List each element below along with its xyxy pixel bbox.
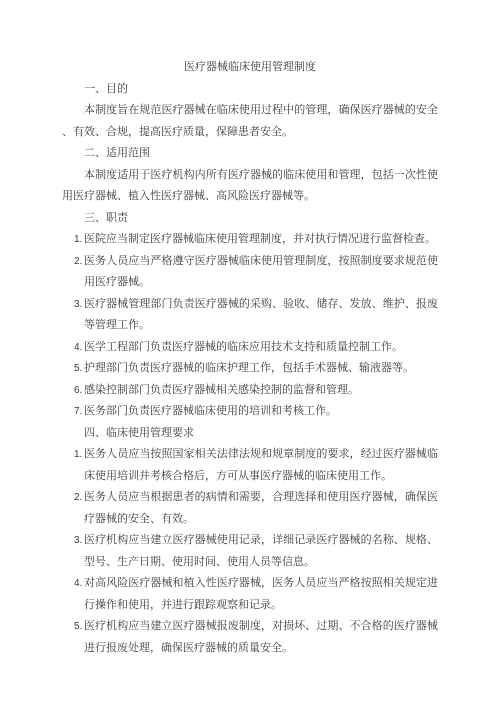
requirements-item-4: 4. 对高风险医疗器械和植入性医疗器械，医务人员应当严格按照相关规定进行操作和使…	[62, 573, 438, 616]
list-item-text: 医学工程部门负责医疗器械的临床应用技术支持和质量控制工作。	[84, 337, 438, 359]
list-item-number: 5.	[62, 358, 84, 380]
list-item-number: 5.	[62, 616, 84, 659]
scope-paragraph: 本制度适用于医疗机构内所有医疗器械的临床使用和管理，包括一次性使用医疗器械、植入…	[62, 165, 438, 208]
requirements-item-1: 1. 医务人员应当按照国家相关法律法规和规章制度的要求，经过医疗器械临床使用培训…	[62, 444, 438, 487]
list-item-number: 2.	[62, 251, 84, 294]
list-item-number: 3.	[62, 530, 84, 573]
list-item-text: 对高风险医疗器械和植入性医疗器械，医务人员应当严格按照相关规定进行操作和使用，并…	[84, 573, 438, 616]
list-item-number: 3.	[62, 294, 84, 337]
list-item-text: 护理部门负责医疗器械的临床护理工作，包括手术器械、输液器等。	[84, 358, 438, 380]
list-item-number: 1.	[62, 444, 84, 487]
list-item-number: 4.	[62, 337, 84, 359]
responsibilities-item-7: 7. 医务部门负责医疗器械临床使用的培训和考核工作。	[62, 401, 438, 423]
requirements-item-3: 3. 医疗机构应当建立医疗器械使用记录，详细记录医疗器械的名称、规格、型号、生产…	[62, 530, 438, 573]
list-item-text: 医疗机构应当建立医疗器械使用记录，详细记录医疗器械的名称、规格、型号、生产日期、…	[84, 530, 438, 573]
requirements-item-2: 2. 医务人员应当根据患者的病情和需要，合理选择和使用医疗器械，确保医疗器械的安…	[62, 487, 438, 530]
purpose-paragraph: 本制度旨在规范医疗器械在临床使用过程中的管理，确保医疗器械的安全、有效、合规，提…	[62, 100, 438, 143]
list-item-text: 医务部门负责医疗器械临床使用的培训和考核工作。	[84, 401, 438, 423]
list-item-text: 医务人员应当按照国家相关法律法规和规章制度的要求，经过医疗器械临床使用培训并考核…	[84, 444, 438, 487]
list-item-number: 7.	[62, 401, 84, 423]
section-heading-purpose: 一、目的	[62, 79, 438, 101]
responsibilities-item-1: 1. 医院应当制定医疗器械临床使用管理制度，并对执行情况进行监督检查。	[62, 229, 438, 251]
document-page: 医疗器械临床使用管理制度 一、目的 本制度旨在规范医疗器械在临床使用过程中的管理…	[0, 0, 500, 707]
list-item-number: 2.	[62, 487, 84, 530]
list-item-text: 医院应当制定医疗器械临床使用管理制度，并对执行情况进行监督检查。	[84, 229, 438, 251]
document-title: 医疗器械临床使用管理制度	[62, 57, 438, 79]
list-item-text: 医疗机构应当建立医疗器械报废制度，对损坏、过期、不合格的医疗器械进行报废处理，确…	[84, 616, 438, 659]
list-item-number: 4.	[62, 573, 84, 616]
section-heading-clinical-use-requirements: 四、临床使用管理要求	[62, 423, 438, 445]
responsibilities-item-5: 5. 护理部门负责医疗器械的临床护理工作，包括手术器械、输液器等。	[62, 358, 438, 380]
responsibilities-item-3: 3. 医疗器械管理部门负责医疗器械的采购、验收、储存、发放、维护、报废等管理工作…	[62, 294, 438, 337]
list-item-text: 医疗器械管理部门负责医疗器械的采购、验收、储存、发放、维护、报废等管理工作。	[84, 294, 438, 337]
list-item-text: 医务人员应当严格遵守医疗器械临床使用管理制度，按照制度要求规范使用医疗器械。	[84, 251, 438, 294]
section-heading-scope: 二、适用范围	[62, 143, 438, 165]
list-item-number: 1.	[62, 229, 84, 251]
list-item-number: 6.	[62, 380, 84, 402]
responsibilities-item-4: 4. 医学工程部门负责医疗器械的临床应用技术支持和质量控制工作。	[62, 337, 438, 359]
section-heading-responsibilities: 三、职责	[62, 208, 438, 230]
responsibilities-item-6: 6. 感染控制部门负责医疗器械相关感染控制的监督和管理。	[62, 380, 438, 402]
requirements-item-5: 5. 医疗机构应当建立医疗器械报废制度，对损坏、过期、不合格的医疗器械进行报废处…	[62, 616, 438, 659]
responsibilities-item-2: 2. 医务人员应当严格遵守医疗器械临床使用管理制度，按照制度要求规范使用医疗器械…	[62, 251, 438, 294]
list-item-text: 医务人员应当根据患者的病情和需要，合理选择和使用医疗器械，确保医疗器械的安全、有…	[84, 487, 438, 530]
list-item-text: 感染控制部门负责医疗器械相关感染控制的监督和管理。	[84, 380, 438, 402]
